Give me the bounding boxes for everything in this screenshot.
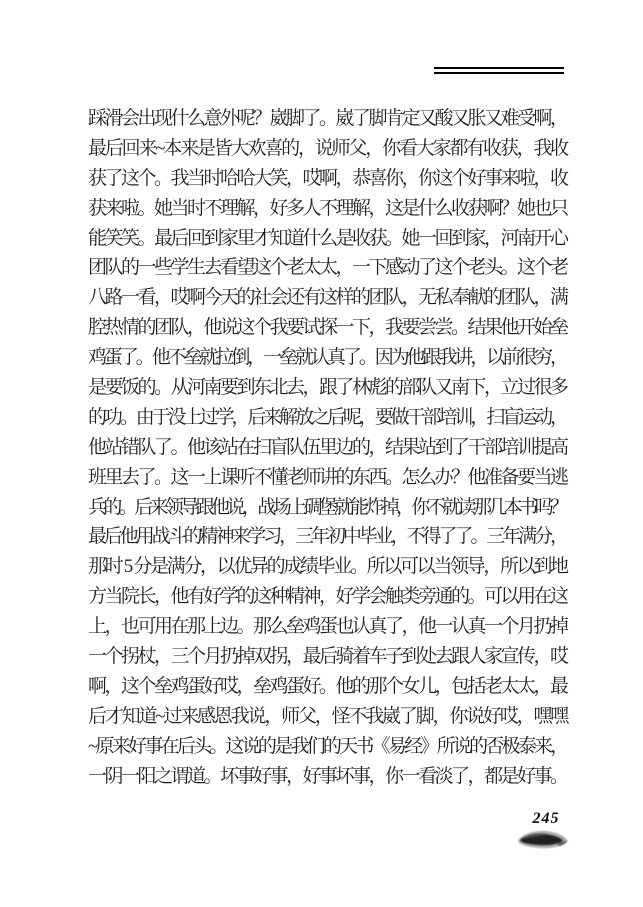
text-line: 团队的一些学生去看望这个老太太，一下感动了这个老头。这个老 xyxy=(88,253,569,283)
text-line: 是要饭的。从河南要到东北去，跟了林彪的部队又南下，立过很多 xyxy=(88,373,569,403)
text-line: 方当院长，他有好学的这种精神，好学会触类旁通的。可以用在这 xyxy=(88,582,569,612)
page-number: 245 xyxy=(526,810,566,828)
header-double-rule xyxy=(434,67,564,74)
text-line: 腔热情的团队，他说这个我要试探一下，我要尝尝。结果他开始垒 xyxy=(88,313,569,343)
text-line: 一个拐杖，三个月扔掉双拐，最后骑着车子到处去跟人家宣传，哎 xyxy=(88,642,569,672)
book-page: 踩滑会出现什么意外呢？崴脚了。崴了脚肯定又酸又胀又难受啊， 最后回来~本来是皆大… xyxy=(0,0,643,907)
text-line: 获来啦。她当时不理解，好多人不理解，这是什么收获啊？她也只 xyxy=(88,194,569,224)
text-line: 的功。由于没上过学，后来解放之后呢，要做干部培训，扫盲运动， xyxy=(88,403,569,433)
text-line: 一阴一阳之谓道。坏事好事，好事坏事，你一看淡了，都是好事。 xyxy=(88,762,569,792)
text-line: 他站错队了。他该站在扫盲队伍里边的，结果站到了干部培训提高 xyxy=(88,433,569,463)
text-line: 能笑笑。最后回到家里才知道什么是收获。她一回到家，河南开心 xyxy=(88,224,569,254)
text-line: 鸡蛋了。他不垒就拉倒，一垒就认真了。因为他跟我讲，以前很穷， xyxy=(88,343,569,373)
ink-brush-smudge-icon xyxy=(514,828,572,854)
text-line: 上，也可用在那上边。那么垒鸡蛋也认真了，他一认真一个月扔掉 xyxy=(88,612,569,642)
text-line: 最后回来~本来是皆大欢喜的，说师父，你看大家都有收获，我收 xyxy=(88,134,569,164)
text-line: 获了这个。我当时哈哈大笑，哎啊，恭喜你，你这个好事来啦，收 xyxy=(88,164,569,194)
text-line: 最后他用战斗的精神来学习，三年初中毕业，不得了了。三年满分， xyxy=(88,522,569,552)
text-line: 后才知道~过来感恩我说，师父，怪不我崴了脚，你说好哎，嘿嘿 xyxy=(88,702,569,732)
text-line: 兵的。后来领导跟他说，战场上碉堡就能炸掉，你不就读那几本书吗？ xyxy=(88,493,569,523)
text-line: 八路一看，哎啊今天的社会还有这样的团队，无私奉献的团队，满 xyxy=(88,283,569,313)
text-line: ~原来好事在后头。这说的是我们的天书《易经》所说的否极泰来， xyxy=(88,732,569,762)
text-line: 班里去了。这一上课听不懂老师讲的东西。怎么办？他准备要当逃 xyxy=(88,463,569,493)
body-text: 踩滑会出现什么意外呢？崴脚了。崴了脚肯定又酸又胀又难受啊， 最后回来~本来是皆大… xyxy=(88,104,569,791)
text-line: 踩滑会出现什么意外呢？崴脚了。崴了脚肯定又酸又胀又难受啊， xyxy=(88,104,569,134)
text-line: 那时 5 分是满分，以优异的成绩毕业。所以可以当领导，所以到地 xyxy=(88,552,569,582)
text-line: 啊，这个垒鸡蛋好哎，垒鸡蛋好。他的那个女儿，包括老太太，最 xyxy=(88,672,569,702)
